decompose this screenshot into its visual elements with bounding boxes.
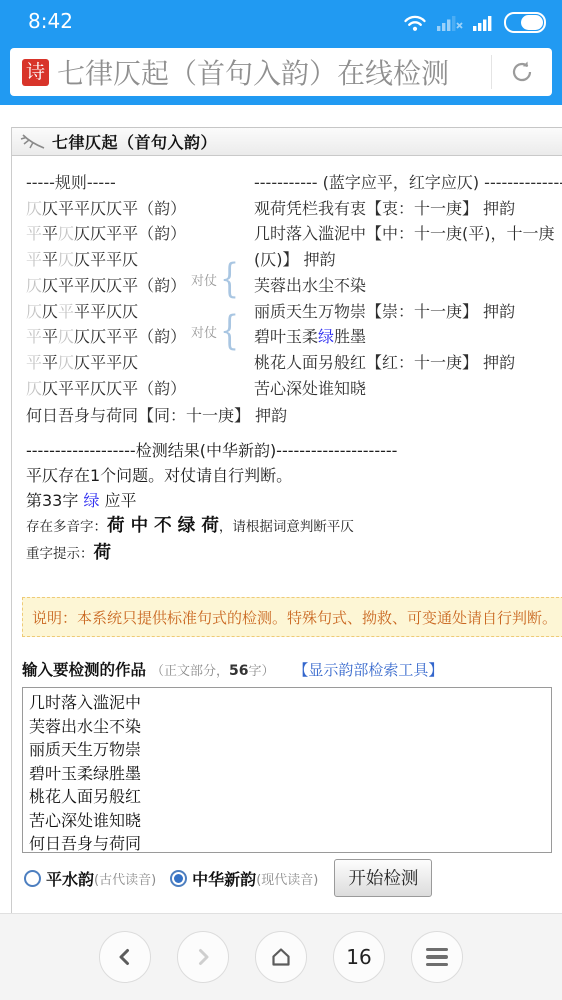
- rules-column: -----规则----- 仄仄平平仄仄平（韵）平平仄仄仄平平（韵）平平仄仄平平仄…: [26, 170, 186, 401]
- content-container: 七律仄起（首句入韵） -----规则----- 仄仄平平仄仄平（韵）平平仄仄仄平…: [11, 127, 562, 913]
- rhyme-radio-option[interactable]: 中华新韵(现代读音): [170, 867, 318, 890]
- tool-section-header: 七律仄起（首句入韵）: [12, 127, 562, 156]
- browser-top-chrome: 8:42 诗 七律仄起（首句入韵）在线: [0, 0, 562, 105]
- tool-title: 七律仄起（首句入韵）: [52, 130, 217, 153]
- signal-icon: [473, 13, 494, 31]
- rule-line: 仄仄平平仄仄平（韵）: [26, 196, 186, 222]
- refresh-button[interactable]: [492, 48, 552, 96]
- rules-header-right: ----------- (蓝字应平，红字应仄) --------------: [254, 170, 562, 196]
- status-bar: 8:42: [0, 0, 562, 42]
- radio-label: 平水韵: [46, 867, 94, 890]
- back-button[interactable]: [99, 931, 151, 983]
- tab-count: 16: [346, 945, 371, 969]
- check-result-block: -------------------检测结果(中华新韵)-----------…: [12, 438, 562, 567]
- duizhang-marker-1: 对仗 {: [191, 256, 245, 302]
- input-label-row: 输入要检测的作品 （正文部分，56字） 【显示韵部检索工具】: [22, 658, 562, 680]
- menu-icon: [426, 948, 448, 967]
- input-label: 输入要检测的作品: [22, 661, 146, 679]
- rules-area: -----规则----- 仄仄平平仄仄平（韵）平平仄仄仄平平（韵）平平仄仄平平仄…: [12, 156, 562, 428]
- poem-check-line: 丽质天生万物崇【崇：十一庚】 押韵: [254, 299, 562, 325]
- start-check-button[interactable]: 开始检测: [334, 859, 432, 897]
- bottom-nav-bar: 16: [0, 913, 562, 1000]
- refresh-icon: [508, 58, 536, 86]
- notice-text: 说明：本系统只提供标准句式的检测。特殊句式、拗救、可变通处请自行判断。: [32, 607, 557, 628]
- rhyme-radio-option[interactable]: 平水韵(古代读音): [24, 867, 156, 890]
- status-time: 8:42: [28, 9, 73, 33]
- rule-line: 仄仄平平平仄仄: [26, 299, 186, 325]
- result-polyphonic-line: 存在多音字：荷 中 不 绿 荷，请根据词意判断平仄: [26, 513, 562, 540]
- poem-check-line: 观荷凭栏我有衷【衷：十一庚】 押韵: [254, 196, 562, 222]
- battery-icon: [504, 12, 546, 33]
- poem-check-line: 桃花人面另般红【红：十一庚】 押韵: [254, 350, 562, 376]
- forward-icon: [191, 945, 215, 969]
- home-icon: [268, 944, 294, 970]
- result-header: -------------------检测结果(中华新韵)-----------…: [26, 438, 562, 463]
- radio-group: 平水韵(古代读音)中华新韵(现代读音): [24, 867, 332, 890]
- poem-check-line: 碧叶玉柔绿胜墨: [254, 324, 562, 350]
- forward-button[interactable]: [177, 931, 229, 983]
- address-bar[interactable]: 诗 七律仄起（首句入韵）在线检测: [10, 48, 552, 96]
- brace-icon: {: [220, 256, 239, 302]
- wifi-icon: [403, 13, 427, 32]
- poem-check-column: ----------- (蓝字应平，红字应仄) -------------- 观…: [254, 170, 562, 401]
- status-icons: [403, 10, 546, 34]
- char-count: 56: [229, 663, 248, 679]
- signal-no-sim-icon: [437, 13, 463, 31]
- rule-line: 平平仄仄仄平平（韵）: [26, 324, 186, 350]
- radio-checked-icon[interactable]: [170, 870, 187, 887]
- rule-line: 平平仄仄仄平平（韵）: [26, 221, 186, 247]
- duizhang-label: 对仗: [191, 270, 217, 289]
- rhyme-options-row: 平水韵(古代读音)中华新韵(现代读音) 开始检测: [24, 859, 562, 897]
- notice-box: 说明：本系统只提供标准句式的检测。特殊句式、拗救、可变通处请自行判断。: [22, 597, 562, 637]
- radio-note: (现代读音): [256, 869, 318, 888]
- rules-header-left: -----规则-----: [26, 170, 186, 196]
- page-title[interactable]: 七律仄起（首句入韵）在线检测: [57, 52, 491, 92]
- rule-line: 平平仄仄平平仄: [26, 247, 186, 273]
- poem-check-line: 苦心深处谁知晓: [254, 376, 562, 402]
- site-favicon: 诗: [22, 59, 49, 86]
- radio-unchecked-icon[interactable]: [24, 870, 41, 887]
- home-button[interactable]: [255, 931, 307, 983]
- branch-icon: [20, 132, 46, 152]
- brace-icon: {: [220, 308, 239, 354]
- input-label-note: （正文部分，56字）: [151, 664, 275, 679]
- rule-line: 仄仄平平仄仄平（韵）: [26, 376, 186, 402]
- rhyme-tool-link[interactable]: 【显示韵部检索工具】: [293, 661, 443, 679]
- result-summary: 平仄存在1个问题。对仗请自行判断。: [26, 463, 562, 488]
- poem-check-line: (仄)】 押韵: [254, 247, 562, 273]
- duizhang-marker-2: 对仗 {: [191, 308, 245, 354]
- poem-check-line: 芙蓉出水尘不染: [254, 273, 562, 299]
- poem-check-line: 几时落入滥泥中【中：十一庚(平)，十一庚: [254, 221, 562, 247]
- duizhang-label: 对仗: [191, 322, 217, 341]
- poem-textarea[interactable]: 几时落入滥泥中 芙蓉出水尘不染 丽质天生万物崇 碧叶玉柔绿胜墨 桃花人面另般红 …: [22, 687, 552, 853]
- back-icon: [113, 945, 137, 969]
- result-repeat-line: 重字提示：荷: [26, 540, 562, 567]
- rule-line: 仄仄平平仄仄平（韵）: [26, 273, 186, 299]
- radio-note: (古代读音): [94, 869, 156, 888]
- menu-button[interactable]: [411, 931, 463, 983]
- poem-last-line: 何日吾身与荷同【同：十一庚】 押韵: [26, 403, 287, 426]
- radio-label: 中华新韵: [192, 867, 256, 890]
- tabs-button[interactable]: 16: [333, 931, 385, 983]
- rule-line: 平平仄仄平平仄: [26, 350, 186, 376]
- result-problem-line: 第33字 绿 应平: [26, 488, 562, 513]
